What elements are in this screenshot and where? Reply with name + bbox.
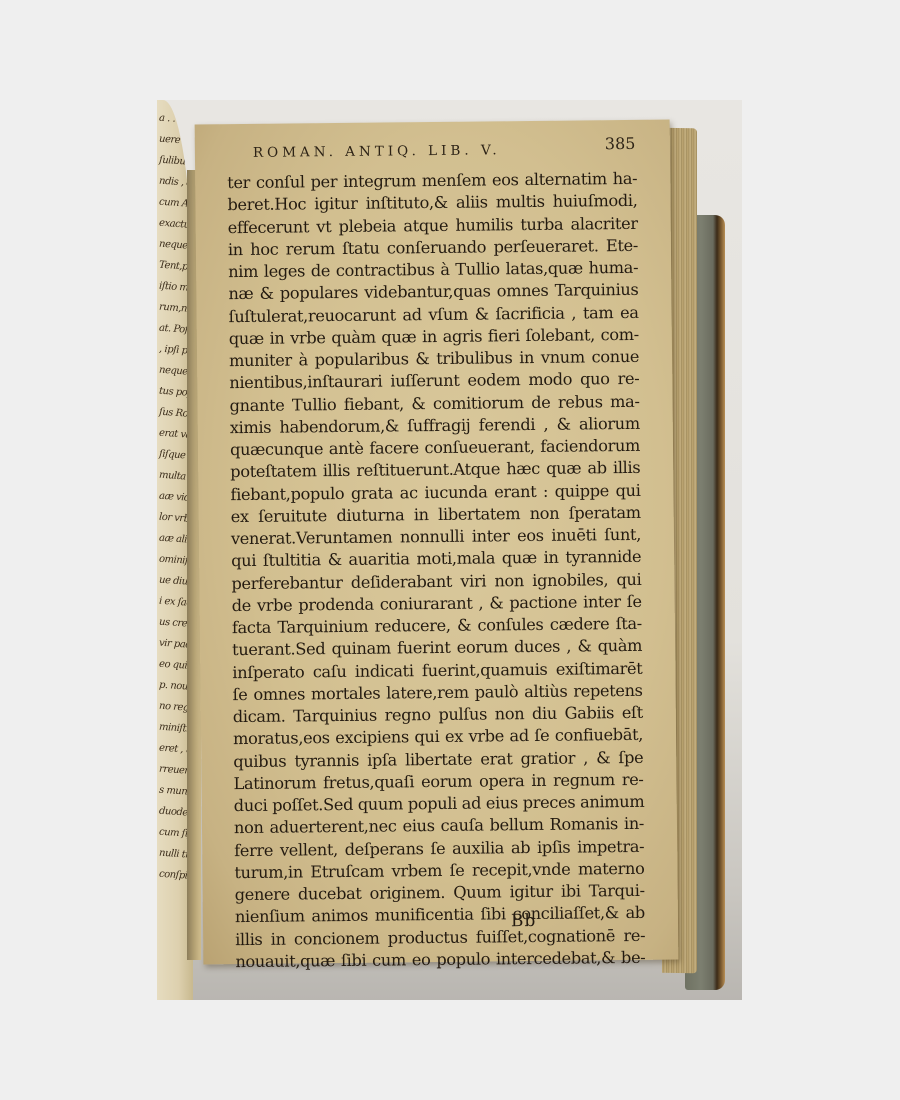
left-page-text-fragment: ſulibus ſuper xyxy=(159,155,193,170)
left-page-text-fragment: uere Roman xyxy=(159,134,193,149)
page-body-text: ter conſul per integrum menſem eos alter… xyxy=(227,168,645,973)
running-head: ROMAN. ANTIQ. LIB. V. xyxy=(253,141,653,161)
signature-mark: Bb xyxy=(511,911,537,931)
page-number: 385 xyxy=(605,134,636,153)
book-photograph: a . . . .uere Romanſulibus ſuperndis , &… xyxy=(157,100,742,1000)
text-line: nouauit,quæ ſibi cum eo populo intercede… xyxy=(235,947,645,974)
right-page: ROMAN. ANTIQ. LIB. V. 385 ter conſul per… xyxy=(195,120,679,965)
left-page-text-fragment: a . . . . xyxy=(159,113,193,128)
